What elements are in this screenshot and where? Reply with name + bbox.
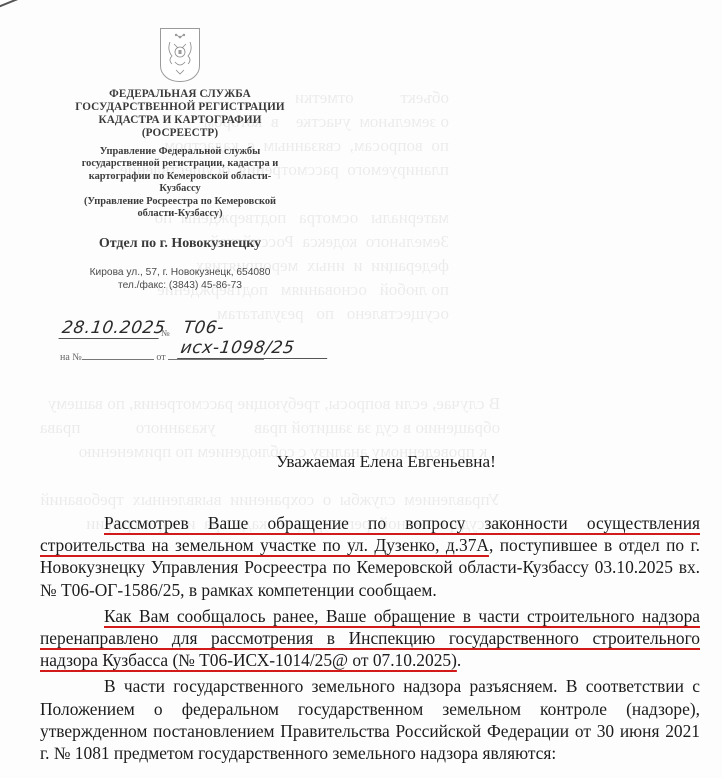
- department-line: Кузбассу: [52, 183, 308, 195]
- paragraph-2: Как Вам сообщалось ранее, Ваше обращение…: [40, 605, 700, 672]
- registration-date: 28.10.2025: [59, 318, 162, 339]
- department-line: области-Кузбассу): [52, 208, 308, 220]
- department-line: государственной регистрации, кадастра и: [52, 158, 308, 170]
- paragraph-text: В части государственного земельного надз…: [40, 676, 700, 763]
- reference-line: на № от: [60, 352, 264, 363]
- greeting: Уважаемая Елена Евгеньевна!: [0, 452, 722, 472]
- ref-number-blank: [82, 359, 154, 360]
- document-page: объект отметки о земельном участке в кот…: [0, 0, 722, 778]
- coat-of-arms-icon: [160, 28, 200, 82]
- scan-scratch-mark: [0, 0, 22, 7]
- paragraph-text: .: [457, 650, 461, 670]
- letter-body: Рассмотрев Ваше обращение по вопросу зак…: [40, 512, 700, 764]
- office-name: Отдел по г. Новокузнецку: [52, 236, 308, 252]
- department-name: Управление Федеральной службы государств…: [52, 146, 308, 220]
- ref-date-blank: [168, 359, 264, 360]
- agency-line: ФЕДЕРАЛЬНАЯ СЛУЖБА: [52, 88, 308, 101]
- agency-line: (РОСРЕЕСТР): [52, 127, 308, 140]
- office-phone: тел./факс: (3843) 45-86-73: [52, 279, 308, 292]
- department-line: Управление Федеральной службы: [52, 146, 308, 158]
- registration-line: 28.10.2025 № Т06-исх-1098/25: [58, 318, 318, 342]
- number-label: №: [161, 328, 170, 338]
- office-contacts: Кирова ул., 57, г. Новокузнецк, 654080 т…: [52, 266, 308, 292]
- department-line: картографии по Кемеровской области-: [52, 171, 308, 183]
- paragraph-1: Рассмотрев Ваше обращение по вопросу зак…: [40, 512, 700, 601]
- highlighted-text: Как Вам сообщалось ранее, Ваше обращение…: [40, 606, 700, 670]
- letterhead: ФЕДЕРАЛЬНАЯ СЛУЖБА ГОСУДАРСТВЕННОЙ РЕГИС…: [52, 28, 308, 292]
- office-address: Кирова ул., 57, г. Новокузнецк, 654080: [52, 266, 308, 279]
- agency-line: ГОСУДАРСТВЕННОЙ РЕГИСТРАЦИИ: [52, 101, 308, 114]
- agency-line: КАДАСТРА И КАРТОГРАФИИ: [52, 114, 308, 127]
- department-line: (Управление Росреестра по Кемеровской: [52, 196, 308, 208]
- paragraph-3: В части государственного земельного надз…: [40, 675, 700, 764]
- agency-name: ФЕДЕРАЛЬНАЯ СЛУЖБА ГОСУДАРСТВЕННОЙ РЕГИС…: [52, 88, 308, 140]
- ref-number-label: на №: [60, 352, 82, 363]
- ref-date-label: от: [156, 352, 165, 363]
